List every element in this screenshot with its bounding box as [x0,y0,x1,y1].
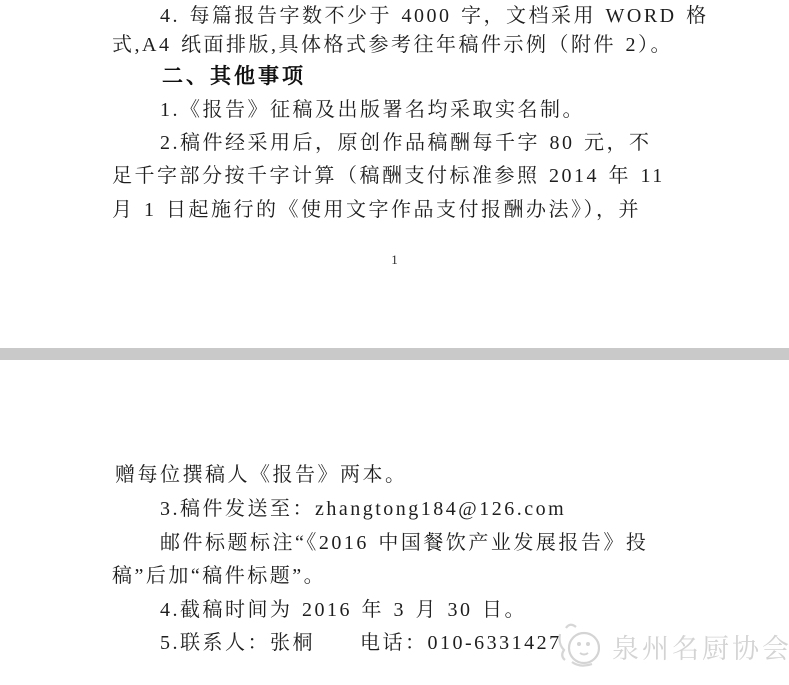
text-line-deadline: 4.截稿时间为 2016 年 3 月 30 日。 [160,598,527,622]
page-break-divider [0,348,789,360]
chef-mascot-icon [556,620,608,672]
text-line: 月 1 日起施行的《使用文字作品支付报酬办法》），并 [112,198,641,222]
text-line: 稿”后加“稿件标题”。 [112,564,326,588]
page-number: 1 [0,252,789,268]
text-line: 赠每位撰稿人《报告》两本。 [115,463,408,487]
text-line: 式,A4 纸面排版,具体格式参考往年稿件示例（附件 2）。 [112,33,673,57]
watermark: 泉州名厨协会 [556,620,789,672]
text-line: 1.《报告》征稿及出版署名均采取实名制。 [160,98,585,122]
text-line: 2.稿件经采用后，原创作品稿酬每千字 80 元，不 [160,131,652,155]
section-heading: 二、其他事项 [162,64,306,89]
text-line-contact: 5.联系人：张桐 电话：010-6331427 [160,631,562,655]
document-screenshot: 4. 每篇报告字数不少于 4000 字，文档采用 WORD 格 式,A4 纸面排… [0,0,789,685]
text-line-email: 3.稿件发送至：zhangtong184@126.com [160,497,566,521]
watermark-text: 泉州名厨协会 [612,627,789,666]
text-line: 4. 每篇报告字数不少于 4000 字，文档采用 WORD 格 [160,4,709,28]
text-line: 足千字部分按千字计算（稿酬支付标准参照 2014 年 11 [112,164,665,188]
text-line: 邮件标题标注“《2016 中国餐饮产业发展报告》投 [160,531,648,555]
